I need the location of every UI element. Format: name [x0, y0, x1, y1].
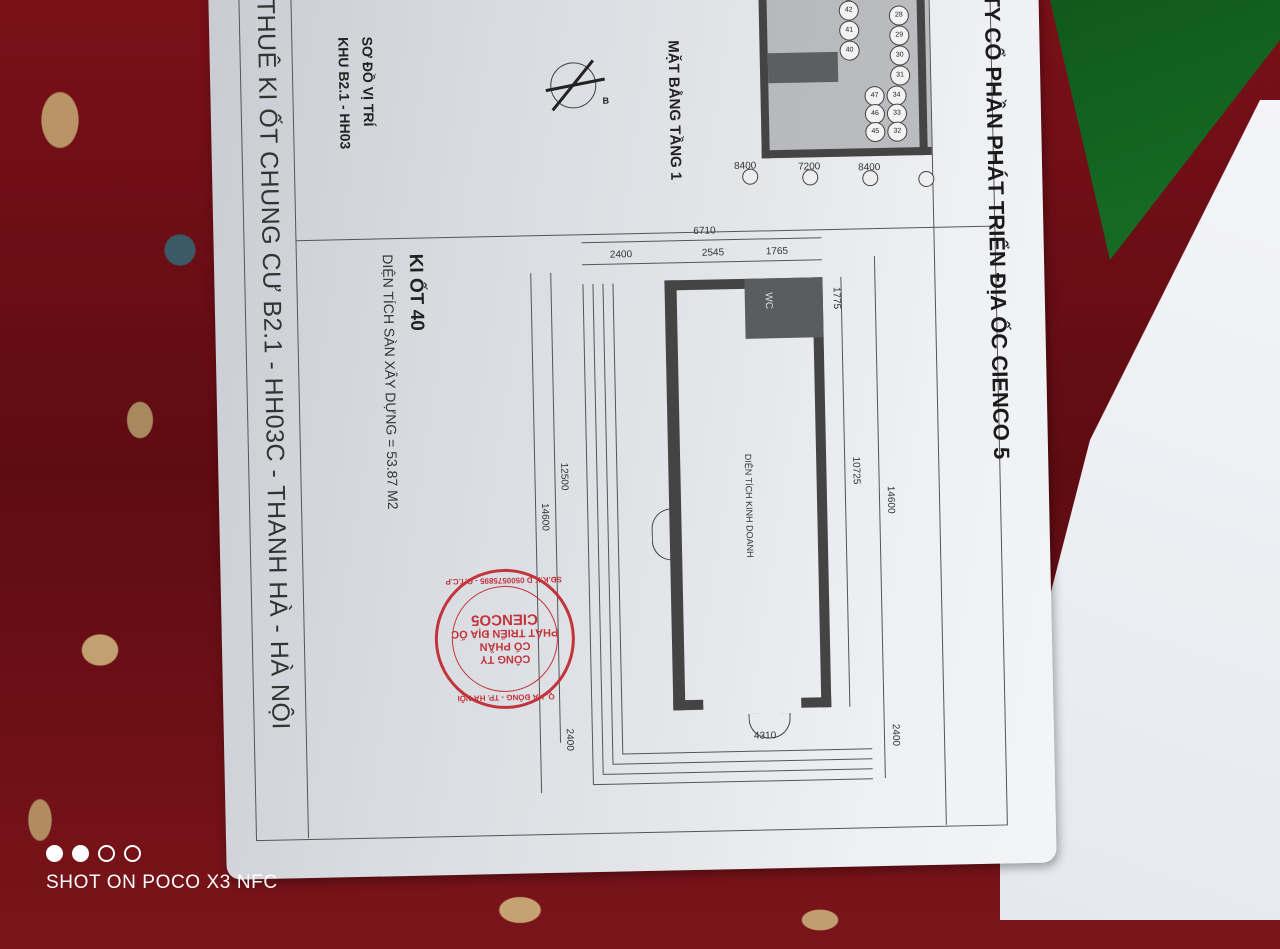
site-plan: 43 42 41 40 28 29 30 31 47 46 45 34 33 3… [738, 0, 932, 169]
dim-label: 8400 [734, 161, 756, 172]
dim-inner-length: 10725 [850, 456, 862, 484]
dim-label: 8400 [858, 162, 880, 173]
room-label: DIỆN TÍCH KINH DOANH [743, 454, 755, 558]
wc-room [744, 277, 823, 339]
dim-setback-right: 2400 [890, 724, 901, 746]
wc-label: WC [763, 292, 774, 309]
dim-inner-length-left: 12500 [558, 463, 570, 491]
floor-plan-document: THUÊ KI ỐT CHUNG CƯ B2.1 - HH03C - THANH… [208, 0, 1057, 880]
dim-total-length-left: 14600 [539, 503, 551, 531]
compass-label: B [603, 96, 610, 106]
dim-total-width: 6710 [693, 225, 715, 236]
dim-setback-left: 2400 [564, 728, 575, 750]
dim-width-2: 2545 [702, 247, 724, 258]
zone-label: KHU B2.1 - HH03 [335, 37, 353, 149]
watermark-dots [46, 845, 278, 862]
dim-total-length-right: 14600 [885, 486, 897, 514]
kiosk-plan: 6710 2400 2545 1765 WC DIỆN TÍCH KINH DO… [534, 255, 945, 803]
front-door [651, 508, 673, 560]
watermark-dot [124, 845, 141, 862]
watermark-dot [46, 845, 63, 862]
dim-width-1: 2400 [610, 249, 632, 260]
dim-label: 7200 [798, 161, 820, 172]
watermark-text: SHOT ON POCO X3 NFC [46, 872, 278, 894]
kiosk-title: KI ỐT 40 [404, 253, 428, 331]
dim-door-width: 4310 [754, 730, 776, 741]
dim-wc-depth: 1775 [831, 287, 842, 309]
stamp-ring-bottom: SĐ.K.K.D 0500575895 - C.T.C.P [445, 573, 562, 588]
dim-width-3: 1765 [766, 246, 788, 257]
site-plan-title: MẶT BẰNG TẦNG 1 [664, 40, 684, 180]
watermark-dot [72, 845, 89, 862]
stamp-ring-top: Q. HÀ ĐÔNG - TP. HÀ NỘI [457, 690, 554, 705]
watermark-dot [98, 845, 115, 862]
location-heading: SƠ ĐỒ VỊ TRÍ [359, 37, 377, 127]
camera-watermark: SHOT ON POCO X3 NFC [46, 845, 278, 894]
